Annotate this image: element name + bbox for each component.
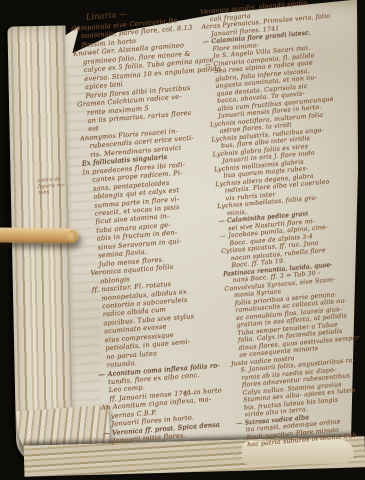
page-header-title: Linaria — [86, 9, 128, 22]
left-margin-note: calice defiguris no-tabs [37, 177, 65, 197]
wooden-pointer-stick [0, 227, 78, 243]
intercolumn-flowering-mark: ff — [184, 391, 197, 398]
page-stack-left-edge [7, 25, 74, 464]
manuscript-photo: Linaria — Campanula sive Cervicaria Bo-n… [0, 0, 365, 480]
